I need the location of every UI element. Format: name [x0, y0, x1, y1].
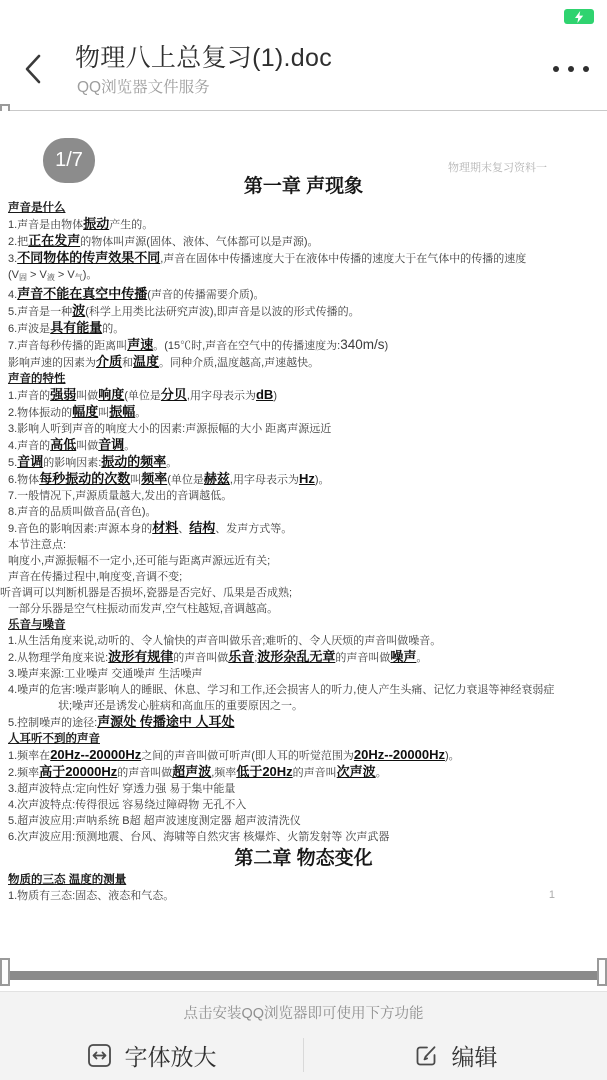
screen: 物理八上总复习(1).doc QQ浏览器文件服务 1/7 物理期末复习资料一 第… [0, 0, 607, 1080]
doc-line: 1.声音是由物体振动产生的。 [8, 216, 599, 233]
doc-line: 影响声速的因素为介质和温度。同种介质,温度越高,声速越快。 [8, 354, 599, 371]
bottom-toolbar: 字体放大 编辑 [0, 1030, 607, 1080]
doc-line: 人耳听不到的声音 [8, 731, 599, 747]
doc-line: 物质的三态 温度的测量 [8, 872, 599, 888]
page-number: 1 [549, 889, 555, 901]
doc-line: 1.频率在20Hz--20000Hz之间的声音叫做可听声(即人耳的听觉范围为20… [8, 747, 599, 764]
back-button[interactable] [16, 48, 50, 90]
doc-line: 响度小,声源振幅不一定小,还可能与距离声源远近有关; [8, 553, 599, 569]
doc-line: 3.超声波特点:定向性好 穿透力强 易于集中能量 [8, 781, 599, 797]
doc-line: 5.音调的影响因素:振动的频率。 [8, 454, 599, 471]
doc-line: 第二章 物态变化 [8, 845, 599, 872]
status-bar [0, 0, 607, 30]
doc-line: 9.音色的影响因素:声源本身的材料、结构、发声方式等。 [8, 520, 599, 537]
doc-line: 4.声音不能在真空中传播(声音的传播需要介质)。 [8, 286, 599, 303]
doc-line: 7.一般情况下,声源质量越大,发出的音调越低。 [8, 488, 599, 504]
doc-line: 4.声音的高低叫做音调。 [8, 437, 599, 454]
doc-line: 2.把正在发声的物体叫声源(固体、液体、气体都可以是声源)。 [8, 233, 599, 250]
font-resize-icon [87, 1043, 112, 1068]
font-zoom-label: 字体放大 [125, 1039, 217, 1072]
doc-line: 5.超声波应用:声呐系统 B超 超声波速度测定器 超声波清洗仪 [8, 813, 599, 829]
doc-line: 状;噪声还是诱发心脏病和高血压的重要原因之一。 [8, 698, 599, 714]
doc-line: 7.声音每秒传播的距离叫声速。(15℃时,声音在空气中的传播速度为:340m/s… [8, 337, 599, 354]
doc-line: 6.次声波应用:预测地震、台风、海啸等自然灾害 核爆炸、火箭发射等 次声武器 [8, 829, 599, 845]
doc-line: 6.物体每秒振动的次数叫频率(单位是赫兹,用字母表示为Hz)。 [8, 471, 599, 488]
doc-line: 3.噪声来源:工业噪声 交通噪声 生活噪声 [8, 666, 599, 682]
document-title: 物理八上总复习(1).doc [75, 38, 332, 74]
doc-line: 2.物体振动的幅度叫振幅。 [8, 404, 599, 421]
doc-line: 声音是什么 [8, 200, 599, 216]
doc-line: 6.声波是具有能量的。 [8, 320, 599, 337]
doc-line: 听音调可以判断机器是否损坏,瓷器是否完好、瓜果是否成熟; [0, 585, 599, 601]
doc-line: 5.控制噪声的途径:声源处 传播途中 人耳处 [8, 714, 599, 731]
page-edge-handle [0, 958, 10, 986]
doc-line: 2.频率高于20000Hz的声音叫做超声波,频率低于20Hz的声音叫次声波。 [8, 764, 599, 781]
edit-label: 编辑 [452, 1039, 498, 1072]
doc-line: 3.影响人听到声音的响度大小的因素:声源振幅的大小 距离声源远近 [8, 421, 599, 437]
document-source: QQ浏览器文件服务 [77, 75, 210, 97]
page-bottom-bar [0, 971, 607, 980]
header: 物理八上总复习(1).doc QQ浏览器文件服务 [0, 30, 607, 110]
doc-line: 5.声音是一种波(科学上用类比法研究声波),即声音是以波的形式传播的。 [8, 303, 599, 320]
doc-line: 2.从物理学角度来说:波形有规律的声音叫做乐音;波形杂乱无章的声音叫做噪声。 [8, 649, 599, 666]
doc-line: 一部分乐器是空气柱振动而发声,空气柱越短,音调越高。 [8, 601, 599, 617]
doc-line: 1.从生活角度来说,动听的、令人愉快的声音叫做乐音;难听的、令人厌烦的声音叫做噪… [8, 633, 599, 649]
document-page[interactable]: 1/7 物理期末复习资料一 第一章 声现象声音是什么1.声音是由物体振动产生的。… [0, 111, 607, 971]
page-indicator-badge: 1/7 [43, 138, 95, 183]
doc-line: 本节注意点: [8, 537, 599, 553]
footer: 点击安装QQ浏览器即可使用下方功能 字体放大 [0, 991, 607, 1080]
doc-line: 1.物质有三态:固态、液态和气态。 [8, 888, 599, 904]
edit-button[interactable]: 编辑 [304, 1030, 607, 1080]
page-edge-handle [597, 958, 607, 986]
doc-lines: 第一章 声现象声音是什么1.声音是由物体振动产生的。2.把正在发声的物体叫声源(… [8, 111, 599, 904]
font-zoom-button[interactable]: 字体放大 [0, 1030, 303, 1080]
more-menu-button[interactable] [531, 52, 589, 86]
more-dots-icon [553, 66, 559, 72]
doc-line: 4.次声波特点:传得很远 容易绕过障碍物 无孔不入 [8, 797, 599, 813]
doc-line: 声音在传播过程中,响度变,音调不变; [8, 569, 599, 585]
doc-line: 1.声音的强弱叫做响度(单位是分贝,用字母表示为dB) [8, 387, 599, 404]
doc-line: 3.不同物体的传声效果不同,声音在固体中传播速度大于在液体中传播的速度大于在气体… [8, 250, 599, 267]
battery-charging-icon [564, 9, 594, 24]
doc-line: 第一章 声现象 [8, 173, 599, 200]
doc-line: (V固 > V液 > V气)。 [8, 267, 599, 286]
install-browser-prompt[interactable]: 点击安装QQ浏览器即可使用下方功能 [0, 992, 607, 1023]
doc-line: 声音的特性 [8, 371, 599, 387]
watermark-text: 物理期末复习资料一 [448, 159, 547, 175]
doc-line: 乐音与噪音 [8, 617, 599, 633]
edit-icon [414, 1043, 439, 1068]
doc-line: 4.噪声的危害:噪声影响人的睡眠、休息、学习和工作,还会损害人的听力,使人产生头… [8, 682, 599, 698]
doc-line: 8.声音的品质叫做音品(音色)。 [8, 504, 599, 520]
chevron-left-icon [23, 52, 43, 86]
